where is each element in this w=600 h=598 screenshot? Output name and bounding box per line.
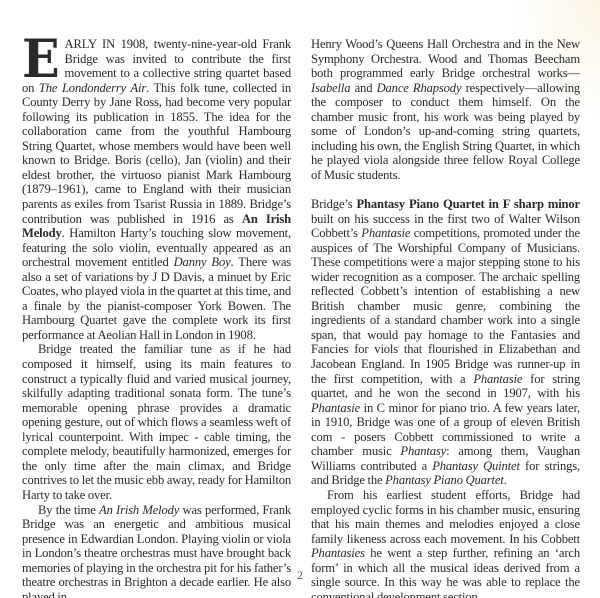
text-run: Bridge’s xyxy=(311,197,356,211)
text-run: and xyxy=(350,81,376,95)
title-phantasy-piano-quartet: Phantasy Piano Quartet xyxy=(385,473,504,487)
page-number: 2 xyxy=(0,568,600,583)
work-title-phantasy-piano-quartet: Phantasy Piano Quartet in F sharp minor xyxy=(356,197,580,211)
title-phantasie: Phantasie xyxy=(361,226,410,240)
text-run: From his earliest student efforts, Bridg… xyxy=(311,488,580,546)
text-run: competitions, promoted under the auspice… xyxy=(311,226,580,385)
title-phantasies: Phantasies xyxy=(311,546,365,560)
title-phantasie: Phantasie xyxy=(473,372,522,386)
title-an-irish-melody: An Irish Melody xyxy=(99,503,179,517)
title-dance-rhapsody: Dance Rhapsody xyxy=(377,81,462,95)
drop-cap: E xyxy=(22,40,60,80)
text-run: . This folk tune, collected in County De… xyxy=(22,81,291,226)
text-run: was performed, Frank Bridge was an energ… xyxy=(22,503,291,598)
paragraph-phantasy-piano-quartet: Bridge’s Phantasy Piano Quartet in F sha… xyxy=(311,197,580,488)
right-column: Henry Wood’s Queens Hall Orchestra and i… xyxy=(311,37,580,598)
text-run: . xyxy=(504,473,507,487)
title-phantasy-quintet: Phantasy Quintet xyxy=(432,459,520,473)
paragraph-henry-wood: Henry Wood’s Queens Hall Orchestra and i… xyxy=(311,37,580,182)
title-phantasy: Phantasy xyxy=(400,444,446,458)
paragraph-edwardian-london: By the time An Irish Melody was performe… xyxy=(22,503,291,598)
title-isabella: Isabella xyxy=(311,81,350,95)
left-column: EARLY IN 1908, twenty-nine-year-old Fran… xyxy=(22,37,291,598)
title-danny-boy: Danny Boy xyxy=(174,255,231,269)
text-run: Bridge treated the familiar tune as if h… xyxy=(22,342,291,501)
text-run: By the time xyxy=(38,503,99,517)
text-run: Henry Wood’s Queens Hall Orchestra and i… xyxy=(311,37,580,80)
title-phantasie: Phantasie xyxy=(311,401,360,415)
text-run: respectively—allowing the composer to co… xyxy=(311,81,580,182)
paragraph-early-1908: EARLY IN 1908, twenty-nine-year-old Fran… xyxy=(22,37,291,342)
paragraph-familiar-tune: Bridge treated the familiar tune as if h… xyxy=(22,342,291,502)
